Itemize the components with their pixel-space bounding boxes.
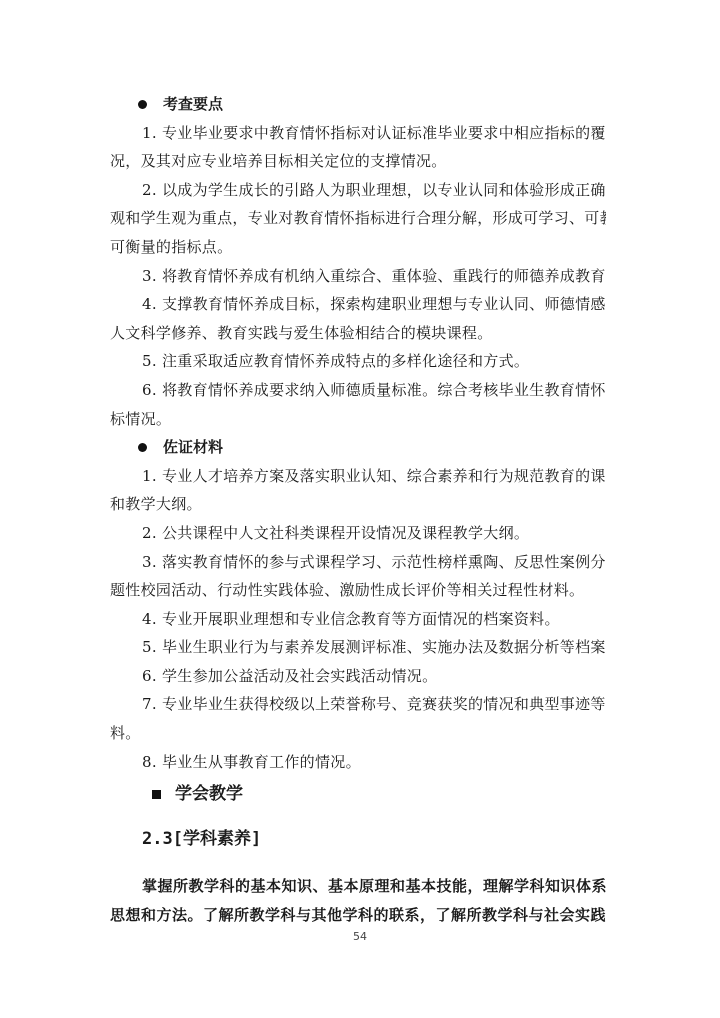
bullet-icon bbox=[138, 100, 147, 109]
paragraph-line: 料。 bbox=[110, 719, 606, 748]
paragraph-line: 4. 专业开展职业理想和专业信念教育等方面情况的档案资料。 bbox=[110, 605, 606, 634]
bullet-icon bbox=[138, 443, 147, 452]
paragraph-line: 标情况。 bbox=[110, 405, 606, 434]
paragraph-line: 8. 毕业生从事教育工作的情况。 bbox=[110, 748, 606, 777]
paragraph-line: 2. 公共课程中人文社科类课程开设情况及课程教学大纲。 bbox=[110, 519, 606, 548]
heading-learn-to-teach: 学会教学 bbox=[110, 776, 606, 812]
paragraph-line: 7. 专业毕业生获得校级以上荣誉称号、竞赛获奖的情况和典型事迹等相关资 bbox=[110, 690, 606, 719]
paragraph-line: 3. 落实教育情怀的参与式课程学习、示范性榜样熏陶、反思性案例分析、主 bbox=[110, 548, 606, 577]
paragraph-line: 3. 将教育情怀养成有机纳入重综合、重体验、重践行的师德养成教育体系。 bbox=[110, 262, 606, 291]
document-page: 考查要点 1. 专业毕业要求中教育情怀指标对认证标准毕业要求中相应指标的覆盖情 … bbox=[0, 0, 720, 1018]
paragraph-line: 题性校园活动、行动性实践体验、激励性成长评价等相关过程性材料。 bbox=[110, 576, 606, 605]
paragraph-line: 观和学生观为重点，专业对教育情怀指标进行合理分解，形成可学习、可教学、 bbox=[110, 204, 606, 233]
bold-paragraph-line: 掌握所教学科的基本知识、基本原理和基本技能，理解学科知识体系基本 bbox=[110, 872, 606, 901]
paragraph-line: 5. 毕业生职业行为与素养发展测评标准、实施办法及数据分析等档案资料。 bbox=[110, 633, 606, 662]
paragraph-line: 4. 支撑教育情怀养成目标，探索构建职业理想与专业认同、师德情感陶冶与 bbox=[110, 290, 606, 319]
paragraph-line: 1. 专业毕业要求中教育情怀指标对认证标准毕业要求中相应指标的覆盖情 bbox=[110, 119, 606, 148]
paragraph-line: 6. 学生参加公益活动及社会实践活动情况。 bbox=[110, 662, 606, 691]
paragraph-line: 人文科学修养、教育实践与爱生体验相结合的模块课程。 bbox=[110, 319, 606, 348]
heading-key-points: 考查要点 bbox=[110, 90, 606, 119]
paragraph-line: 况，及其对应专业培养目标相关定位的支撑情况。 bbox=[110, 147, 606, 176]
bold-paragraph-line: 思想和方法。了解所教学科与其他学科的联系，了解所教学科与社会实践的联 bbox=[110, 901, 606, 930]
paragraph-line: 1. 专业人才培养方案及落实职业认知、综合素养和行为规范教育的课程标准 bbox=[110, 462, 606, 491]
square-bullet-icon bbox=[152, 790, 161, 799]
heading-evidence-materials: 佐证材料 bbox=[110, 433, 606, 462]
paragraph-line: 5. 注重采取适应教育情怀养成特点的多样化途径和方式。 bbox=[110, 347, 606, 376]
page-content: 考查要点 1. 专业毕业要求中教育情怀指标对认证标准毕业要求中相应指标的覆盖情 … bbox=[110, 90, 606, 929]
paragraph-line: 6. 将教育情怀养成要求纳入师德质量标准。综合考核毕业生教育情怀养成达 bbox=[110, 376, 606, 405]
paragraph-line: 和教学大纲。 bbox=[110, 490, 606, 519]
page-number: 54 bbox=[0, 930, 720, 943]
section-title: 2.3[学科素养] bbox=[110, 824, 606, 854]
paragraph-line: 可衡量的指标点。 bbox=[110, 233, 606, 262]
paragraph-line: 2. 以成为学生成长的引路人为职业理想，以专业认同和体验形成正确的教师 bbox=[110, 176, 606, 205]
